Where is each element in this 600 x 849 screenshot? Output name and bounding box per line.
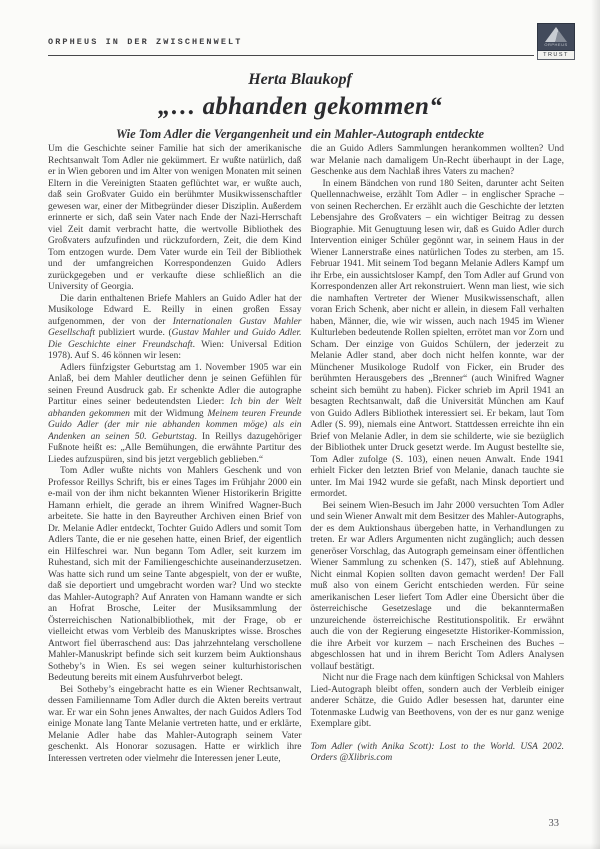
logo-text-orpheus: ORPHEUS: [538, 42, 574, 48]
paragraph: Adlers fünfzigster Geburtstag am 1. Nove…: [48, 363, 302, 467]
body-columns: Um die Geschichte seiner Familie hat sic…: [48, 144, 564, 844]
text-run: Bei Sotheby’s eingebracht hatte es ein W…: [48, 685, 302, 764]
text-run: Um die Geschichte seiner Familie hat sic…: [48, 144, 302, 292]
header-rule: [48, 55, 534, 56]
paragraph: Bei Sotheby’s eingebracht hatte es ein W…: [48, 685, 302, 766]
author-name: Herta Blaukopf: [0, 71, 600, 89]
left-column: Um die Geschichte seiner Familie hat sic…: [48, 144, 302, 844]
paragraph: Die darin enthaltenen Briefe Mahlers an …: [48, 294, 302, 363]
text-run: publiziert wurde. (: [95, 328, 172, 338]
paragraph: Bei seinem Wien-Besuch im Jahr 2000 vers…: [311, 501, 565, 674]
paragraph: In einem Bändchen von rund 180 Seiten, d…: [311, 179, 565, 501]
text-run: die an Guido Adlers Sammlungen herankomm…: [311, 144, 565, 177]
paragraph: Tom Adler wußte nichts von Mahlers Gesch…: [48, 466, 302, 685]
text-run: mit der Widmung: [130, 409, 208, 419]
article-title: „… abhanden gekommen“: [0, 93, 600, 121]
text-run: Tom Adler (with Anika Scott): Lost to th…: [311, 742, 565, 764]
pyramid-icon: [545, 27, 567, 42]
running-title: ORPHEUS IN DER ZWISCHENWELT: [48, 37, 242, 47]
book-citation: Tom Adler (with Anika Scott): Lost to th…: [311, 742, 565, 765]
page-number: 33: [549, 818, 560, 829]
orpheus-trust-logo: ORPHEUS TRUST: [537, 23, 575, 60]
text-run: In einem Bändchen von rund 180 Seiten, d…: [311, 179, 565, 500]
logo-box: ORPHEUS: [537, 23, 575, 51]
paragraph: Um die Geschichte seiner Familie hat sic…: [48, 144, 302, 294]
paragraph: die an Guido Adlers Sammlungen herankomm…: [311, 144, 565, 179]
text-run: Bei seinem Wien-Besuch im Jahr 2000 vers…: [311, 501, 565, 672]
magazine-page: ORPHEUS IN DER ZWISCHENWELT ORPHEUS TRUS…: [0, 0, 600, 849]
logo-text-trust: TRUST: [537, 51, 575, 60]
text-run: Tom Adler wußte nichts von Mahlers Gesch…: [48, 466, 302, 683]
paragraph: Nicht nur die Frage nach dem künftigen S…: [311, 673, 565, 731]
text-run: Nicht nur die Frage nach dem künftigen S…: [311, 673, 565, 729]
article-subtitle: Wie Tom Adler die Vergangenheit und ein …: [0, 127, 600, 142]
right-column: die an Guido Adlers Sammlungen herankomm…: [311, 144, 565, 844]
title-block: Herta Blaukopf „… abhanden gekommen“ Wie…: [0, 71, 600, 142]
